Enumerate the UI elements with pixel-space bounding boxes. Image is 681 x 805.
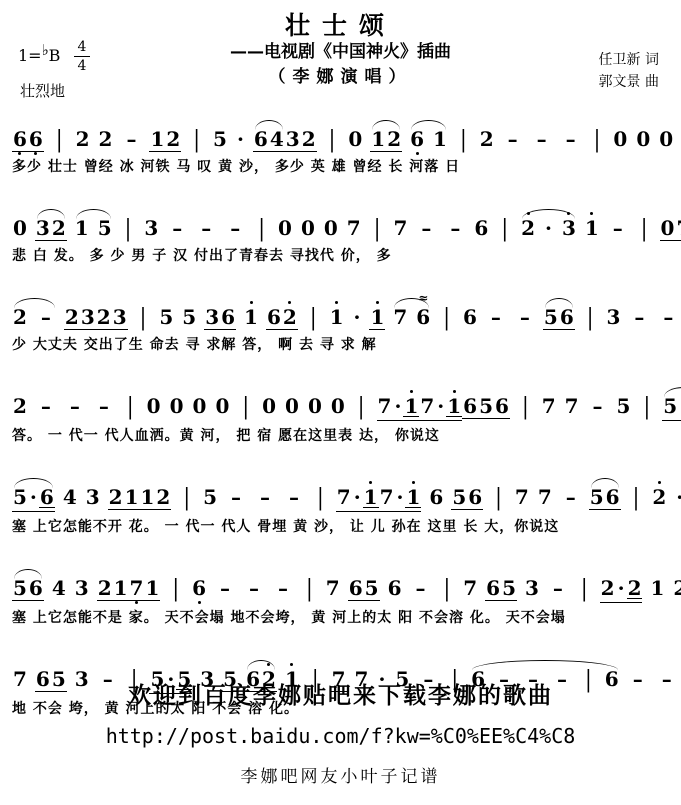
note: 3 [143, 218, 159, 238]
note: 0 [660, 218, 676, 238]
dash: – [547, 578, 569, 598]
note: 5 [202, 487, 218, 507]
beam-group: 2·2 [600, 578, 643, 603]
beam-group: 7·1 [377, 396, 420, 421]
note: 7 [392, 307, 408, 327]
note: 2 [520, 218, 536, 238]
dot: · [616, 578, 627, 598]
beam-group: 7·1 [336, 487, 379, 512]
beam-group: 56 [451, 487, 483, 510]
barline: | [517, 395, 534, 418]
note: 7 [537, 487, 553, 507]
note: 2 [600, 578, 616, 598]
note: 0 [323, 218, 339, 238]
note: 1 [74, 218, 90, 238]
dot: · [543, 218, 554, 238]
dot: · [674, 487, 681, 507]
transcriber-credit: 李娜吧网友小叶子记谱 [0, 762, 681, 787]
score-line: 5·6432112|5–––|7·17·1656|77–56|2·31653|5… [12, 464, 671, 534]
note: 0 [261, 396, 277, 416]
barline: | [490, 486, 507, 509]
dash: – [195, 218, 217, 238]
beam-group: 656 [462, 396, 510, 419]
note: 6 [559, 307, 575, 327]
note: 7 [377, 396, 393, 416]
barline: | [576, 577, 593, 600]
dash: – [93, 396, 115, 416]
beam-group: 62 [266, 307, 298, 330]
dash: – [35, 396, 57, 416]
dash: – [607, 218, 629, 238]
dot: · [351, 307, 362, 327]
beam-group: 5·6 [662, 396, 681, 421]
note: 6 [39, 487, 55, 507]
beam-group: 6 [39, 487, 55, 508]
score-line: 66|22–12|5·6432|01261|2–––|00022|542035|… [12, 106, 671, 174]
note: 2 [386, 129, 402, 149]
note: 1 [149, 129, 165, 149]
dash: – [415, 218, 437, 238]
note: 2 [64, 307, 80, 327]
note: 6 [485, 578, 501, 598]
note: 2 [301, 129, 317, 149]
barline: | [589, 128, 606, 151]
note: 7 [325, 578, 341, 598]
beam-group: 56 [589, 487, 621, 510]
note: 4 [269, 129, 285, 149]
beam-group: 2323 [64, 307, 128, 330]
beam-group: 65 [348, 578, 380, 601]
note: 6 [191, 578, 207, 598]
note: 1 [370, 129, 386, 149]
note: 2 [98, 129, 114, 149]
beam-group: 56 [12, 578, 44, 601]
notation-line: 03215|3–––|0007|7––6|2·31–|0776776|53563… [12, 195, 671, 248]
note: 2 [165, 129, 181, 149]
slur-group: 32 [35, 209, 67, 241]
note: 2 [627, 578, 643, 598]
note: 0 [214, 396, 230, 416]
note: 0 [300, 218, 316, 238]
barline: | [582, 306, 599, 329]
note: 6 [28, 578, 44, 598]
note: 2 [108, 487, 124, 507]
beam-group: 7·1 [379, 487, 422, 512]
note: 7 [346, 218, 362, 238]
dash: – [225, 487, 247, 507]
beam-group: 1 [446, 396, 462, 417]
note: 5 [181, 307, 197, 327]
slur-group: 5·6 [662, 387, 681, 421]
note: 5 [616, 396, 632, 416]
tempo-marking: 壮烈地 [20, 80, 65, 101]
note: 5 [212, 129, 228, 149]
barline: | [638, 395, 655, 418]
dash: – [657, 307, 679, 327]
beam-group: 66 [12, 129, 44, 152]
note: 1 [124, 487, 140, 507]
note: 5 [97, 218, 113, 238]
barline: | [438, 577, 455, 600]
slur-group: 61 [409, 120, 448, 149]
meter-denominator: 4 [74, 57, 91, 73]
note: 7 [392, 218, 408, 238]
beam-group: 6432 [253, 120, 317, 152]
promo-text: 欢迎到百度李娜贴吧来下载李娜的歌曲 [0, 677, 681, 710]
note: 7 [379, 487, 395, 507]
dot: · [235, 129, 246, 149]
dash: – [444, 218, 466, 238]
barline: | [496, 217, 513, 240]
note: 6 [467, 487, 483, 507]
note: 7 [129, 578, 145, 598]
score: 66|22–12|5·6432|01261|2–––|00022|542035|… [0, 98, 681, 716]
slur-group: 15 [74, 209, 113, 238]
beam-group: 2 [627, 578, 643, 599]
note: 7 [419, 396, 435, 416]
note: 1 [403, 396, 419, 416]
dot: · [28, 487, 39, 507]
note: 2 [12, 396, 28, 416]
performer-line: （李娜演唱） [0, 62, 681, 87]
beam-group: 71 [129, 578, 161, 601]
dash: – [166, 218, 188, 238]
note: 0 [658, 129, 674, 149]
key-signature: 1=♭B 4 4 [18, 40, 90, 73]
note: 6 [428, 487, 444, 507]
note: 6 [253, 129, 269, 149]
note: 2 [51, 218, 67, 238]
note: 1 [363, 487, 379, 507]
note: 6 [462, 307, 478, 327]
footer: 欢迎到百度李娜贴吧来下载李娜的歌曲 http://post.baidu.com/… [0, 677, 681, 787]
song-subtitle: ——电视剧《中国神火》插曲 [0, 37, 681, 62]
beam-group: 0776776 [660, 218, 681, 241]
dash: – [502, 129, 524, 149]
note: 3 [561, 218, 577, 238]
slur-group: 5·6 [12, 478, 55, 512]
score-line: 03215|3–––|0007|7––6|2·31–|0776776|53563… [12, 195, 671, 263]
note: 7 [541, 396, 557, 416]
slur-group: 56 [543, 298, 575, 330]
dash: – [64, 396, 86, 416]
barline: | [305, 306, 322, 329]
note: 2 [651, 487, 667, 507]
note: 4 [51, 578, 67, 598]
note: 5 [364, 578, 380, 598]
slur-group: 56 [12, 569, 44, 601]
note: 6 [494, 396, 510, 416]
note: 6 [348, 578, 364, 598]
key-letter: B [49, 46, 61, 65]
note: 2 [97, 578, 113, 598]
note: 1 [329, 307, 345, 327]
note: 5 [662, 396, 678, 416]
barline: | [369, 217, 386, 240]
beam-group: 5·6 [12, 487, 55, 512]
dash: – [485, 307, 507, 327]
barline: | [455, 128, 472, 151]
barline: | [135, 306, 152, 329]
dash: – [531, 129, 553, 149]
note: 5 [12, 578, 28, 598]
lyrics-line: 塞 上它怎能不开 花。 一 代一 代人 骨埋 黄 沙， 让 儿 孙在 这里 长 … [12, 520, 671, 534]
note: 6 [409, 129, 425, 149]
beam-group: 21 [97, 578, 129, 601]
barline: | [353, 395, 370, 418]
barline: | [253, 217, 270, 240]
note: 1 [144, 578, 160, 598]
beam-group: 12 [140, 487, 172, 510]
slur-group: 12 [370, 120, 402, 152]
composer-credit: 郭文景 曲 [599, 72, 659, 94]
note: 6 [462, 396, 478, 416]
note: 6 [387, 578, 403, 598]
note: 1 [113, 578, 129, 598]
note: 3 [285, 129, 301, 149]
note: 7 [675, 218, 681, 238]
note: 3 [35, 218, 51, 238]
note: 5 [589, 487, 605, 507]
slur-group: 56 [589, 478, 621, 510]
beam-group: 1 [369, 307, 385, 330]
note: 5 [543, 307, 559, 327]
note: 0 [277, 218, 293, 238]
note: 2 [155, 487, 171, 507]
time-signature: 4 4 [74, 40, 91, 73]
beam-group: 1 [363, 487, 379, 508]
note: 1 [405, 487, 421, 507]
header: 壮士颂 ——电视剧《中国神火》插曲 （李娜演唱） 1=♭B 4 4 任卫新 词 … [0, 0, 681, 98]
barline: | [636, 217, 653, 240]
beam-group: 12 [370, 129, 402, 152]
note: 6 [266, 307, 282, 327]
note: 3 [112, 307, 128, 327]
note: 6 [415, 307, 431, 327]
note: 1 [243, 307, 259, 327]
note: 5 [478, 396, 494, 416]
beam-group: 21 [108, 487, 140, 510]
note: 2 [672, 578, 681, 598]
note: 3 [74, 578, 90, 598]
score-line: 2–2323|5536162|1·176|6––56|3––12|5·6432|… [12, 284, 671, 352]
dash: – [214, 578, 236, 598]
barline: | [122, 395, 139, 418]
note: 1 [649, 578, 665, 598]
note: 2 [12, 307, 28, 327]
note: 5 [158, 307, 174, 327]
dash: – [35, 307, 57, 327]
score-line: 2–––|0000|0000|7·17·1656|77–5|5·6655356|… [12, 373, 671, 443]
dash: – [587, 396, 609, 416]
note: 1 [432, 129, 448, 149]
sheet-music-page: 壮士颂 ——电视剧《中国神火》插曲 （李娜演唱） 1=♭B 4 4 任卫新 词 … [0, 0, 681, 805]
note: 5 [12, 487, 28, 507]
barline: | [167, 577, 184, 600]
note: 1 [446, 396, 462, 416]
note: 1 [584, 218, 600, 238]
barline: | [628, 486, 645, 509]
note: 0 [169, 396, 185, 416]
barline: | [237, 395, 254, 418]
beam-group: 56 [543, 307, 575, 330]
note: 3 [605, 307, 621, 327]
dash: – [560, 129, 582, 149]
barline: | [301, 577, 318, 600]
note: 0 [635, 129, 651, 149]
barline: | [312, 486, 329, 509]
barline: | [188, 128, 205, 151]
dash: – [628, 307, 650, 327]
barline: | [178, 486, 195, 509]
beam-group: 1 [405, 487, 421, 508]
note: 0 [330, 396, 346, 416]
note: 0 [612, 129, 628, 149]
flat-sign: ♭ [42, 41, 49, 59]
lyricist-credit: 任卫新 词 [599, 50, 659, 72]
beam-group: 65 [485, 578, 517, 601]
note: 7 [462, 578, 478, 598]
note: 2 [479, 129, 495, 149]
note: 0 [12, 218, 28, 238]
notation-line: 2–2323|5536162|1·176|6––56|3––12|5·6432|… [12, 284, 671, 337]
lyrics-line: 答。 一 代一 代人血洒。黄 河， 把 宿 愿在这里表 达， 你说这 [12, 429, 671, 443]
meter-numerator: 4 [74, 40, 91, 57]
slur-group: 64 [253, 120, 285, 149]
dash: – [283, 487, 305, 507]
notation-line: 5·6432112|5–––|7·17·1656|77–56|2·31653|5… [12, 464, 671, 519]
dash: – [514, 307, 536, 327]
note: 0 [347, 129, 363, 149]
dash: – [560, 487, 582, 507]
note: 0 [284, 396, 300, 416]
note: 1 [369, 307, 385, 327]
slur-group: 76 [392, 298, 431, 327]
beam-group: 12 [149, 129, 181, 152]
key-prefix: 1= [18, 46, 42, 65]
score-line: 56432171|6–––|7656–|7653–|2·212564|32123… [12, 555, 671, 625]
barline: | [324, 128, 341, 151]
slur-group: 2– [12, 298, 57, 327]
note: 0 [146, 396, 162, 416]
note: 2 [96, 307, 112, 327]
notation-line: 2–––|0000|0000|7·17·1656|77–5|5·6655356|… [12, 373, 671, 428]
note: 0 [307, 396, 323, 416]
note: 7 [514, 487, 530, 507]
beam-group: 1 [403, 396, 419, 417]
dot: · [395, 487, 406, 507]
note: 5 [451, 487, 467, 507]
note: 7 [564, 396, 580, 416]
dash: – [120, 129, 142, 149]
note: 3 [85, 487, 101, 507]
note: 6 [28, 129, 44, 149]
beam-group: 32 [35, 218, 67, 241]
note: 6 [605, 487, 621, 507]
notation-line: 56432171|6–––|7656–|7653–|2·212564|32123… [12, 555, 671, 610]
note: 3 [524, 578, 540, 598]
barline: | [438, 306, 455, 329]
notation-line: 66|22–12|5·6432|01261|2–––|00022|542035|… [12, 106, 671, 159]
credits: 任卫新 词 郭文景 曲 [599, 50, 659, 93]
barline: | [51, 128, 68, 151]
barline: | [120, 217, 137, 240]
note: 7 [336, 487, 352, 507]
dash: – [243, 578, 265, 598]
note: 5 [501, 578, 517, 598]
lyrics-line: 多少 壮士 曾经 冰 河铁 马 叹 黄 沙， 多少 英 雄 曾经 长 河落 日 [12, 160, 671, 174]
note: 4 [62, 487, 78, 507]
note: 6 [12, 129, 28, 149]
dot: · [352, 487, 363, 507]
lyrics-line: 悲 白 发。 多 少 男 子 汉 付出了青春去 寻找代 价， 多 [12, 249, 671, 263]
dash: – [272, 578, 294, 598]
note: 0 [192, 396, 208, 416]
note: 3 [204, 307, 220, 327]
slur-group: 2·3 [520, 209, 577, 238]
dot: · [435, 396, 446, 416]
beam-group: 36 [204, 307, 236, 330]
note: 2 [282, 307, 298, 327]
download-url: http://post.baidu.com/f?kw=%C0%EE%C4%C8 [0, 724, 681, 748]
beam-group: 7·1 [419, 396, 462, 421]
dash: – [409, 578, 431, 598]
note: 3 [80, 307, 96, 327]
dot: · [392, 396, 403, 416]
note: 1 [140, 487, 156, 507]
note: 2 [75, 129, 91, 149]
lyrics-line: 少 大丈夫 交出了生 命去 寻 求解 答， 啊 去 寻 求 解 [12, 338, 671, 352]
note: 6 [473, 218, 489, 238]
note: 6 [220, 307, 236, 327]
dash: – [224, 218, 246, 238]
lyrics-line: 塞 上它怎能不是 家。 天不会塌 地不会垮， 黄 河上的太 阳 不会溶 化。 天… [12, 611, 671, 625]
dash: – [254, 487, 276, 507]
